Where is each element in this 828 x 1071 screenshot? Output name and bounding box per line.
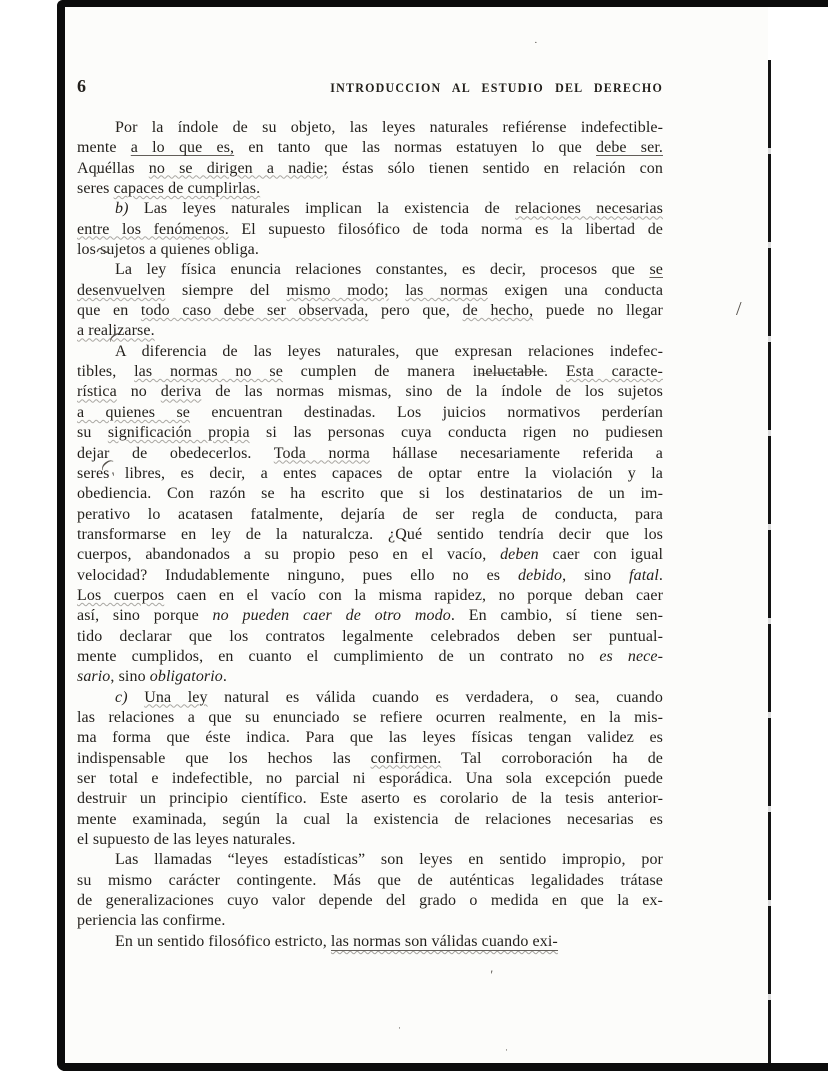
text-line: de generalizaciones cuyo valor depende d… xyxy=(77,891,663,911)
text-line: las relaciones a que su enunciado se ref… xyxy=(77,708,663,728)
text-line: En un sentido filosófico estricto, las n… xyxy=(77,932,663,952)
text-line: sario, sino obligatorio. xyxy=(77,667,663,687)
text-line: seres capaces de cumplirlas. xyxy=(77,179,663,199)
scan-gutter-edge xyxy=(57,0,65,1071)
paragraph: c) Una ley natural es válida cuando es v… xyxy=(77,688,663,851)
text-line: mente a lo que es, en tanto que las norm… xyxy=(77,138,663,158)
text-line: perativo lo acatasen fatalmente, dejaría… xyxy=(77,505,663,525)
text-line: Las llamadas “leyes estadísticas” son le… xyxy=(77,850,663,870)
text-line: cuerpos, abandonados a su propio peso en… xyxy=(77,545,663,565)
scan-top-edge xyxy=(57,0,828,7)
text-line: La ley física enuncia relaciones constan… xyxy=(77,260,663,280)
text-line: entre los fenómenos. El supuesto filosóf… xyxy=(77,220,663,240)
text-line: destruir un principio científico. Este a… xyxy=(77,789,663,809)
paragraph: Las llamadas “leyes estadísticas” son le… xyxy=(77,850,663,931)
pencil-mark: · xyxy=(534,38,538,49)
page-number: 6 xyxy=(77,76,86,97)
paragraph: A diferencia de las leyes naturales, que… xyxy=(77,342,663,688)
text-line: transformarse en ley de la naturalcza. ¿… xyxy=(77,525,663,545)
scan-right-edge xyxy=(768,60,771,1064)
running-header: INTRODUCCION AL ESTUDIO DEL DERECHO xyxy=(330,81,663,97)
text-line: Los cuerpos caen en el vacío con la mism… xyxy=(77,586,663,606)
text-line: mente cumplidos, en cuanto el cumplimien… xyxy=(77,647,663,667)
text-line: a quienes se encuentran destinadas. Los … xyxy=(77,403,663,423)
text-line: periencia las confirme. xyxy=(77,911,663,931)
text-line: b) Las leyes naturales implican la exist… xyxy=(77,199,663,219)
paragraph: Por la índole de su objeto, las leyes na… xyxy=(77,118,663,199)
paragraph: En un sentido filosófico estricto, las n… xyxy=(77,932,663,952)
text-line: tibles, las normas no se cumplen de mane… xyxy=(77,362,663,382)
text-line: a realizarse. xyxy=(77,321,663,341)
scan-bottom-edge xyxy=(57,1063,828,1071)
text-line: los sujetos a quienes obliga. xyxy=(77,240,663,260)
paragraph: b) Las leyes naturales implican la exist… xyxy=(77,199,663,260)
text-line: así, sino porque no pueden caer de otro … xyxy=(77,606,663,626)
text-line: c) Una ley natural es válida cuando es v… xyxy=(77,688,663,708)
paragraph: La ley física enuncia relaciones constan… xyxy=(77,260,663,341)
text-line: dejar de obedecerlos. Toda norma hállase… xyxy=(77,444,663,464)
text-line: su significación propia si las personas … xyxy=(77,423,663,443)
text-line: indispensable que los hechos las confirm… xyxy=(77,749,663,769)
text-line: tido declarar que los contratos legalmen… xyxy=(77,627,663,647)
scan-background: { "document": { "page_number": "6", "run… xyxy=(0,0,828,1071)
text-line: rística no deriva de las normas mismas, … xyxy=(77,382,663,402)
text-line: Aquéllas no se dirigen a nadie; éstas só… xyxy=(77,159,663,179)
text-line: que en todo caso debe ser observada, per… xyxy=(77,301,663,321)
text-line: A diferencia de las leyes naturales, que… xyxy=(77,342,663,362)
text-line: mente examinada, según la cual la existe… xyxy=(77,810,663,830)
text-line: Por la índole de su objeto, las leyes na… xyxy=(77,118,663,138)
pencil-mark: / xyxy=(736,299,742,319)
pencil-mark: ~ xyxy=(95,237,112,264)
page-header: 6 INTRODUCCION AL ESTUDIO DEL DERECHO xyxy=(77,76,663,97)
text-line: seres libres, es decir, a entes capaces … xyxy=(77,464,663,484)
text-line: ma forma que éste indica. Para que las l… xyxy=(77,728,663,748)
text-line: el supuesto de las leyes naturales. xyxy=(77,830,663,850)
pencil-mark: · xyxy=(398,1024,401,1033)
text-line: desenvuelven siempre del mismo modo; las… xyxy=(77,281,663,301)
pencil-mark: · xyxy=(505,1046,508,1055)
text-line: ser total e indefectible, no parcial ni … xyxy=(77,769,663,789)
text-line: obediencia. Con razón se ha escrito que … xyxy=(77,484,663,504)
text-block: Por la índole de su objeto, las leyes na… xyxy=(77,118,663,952)
text-line: velocidad? Indudablemente ninguno, pues … xyxy=(77,566,663,586)
text-line: su mismo carácter contingente. Más que d… xyxy=(77,871,663,891)
